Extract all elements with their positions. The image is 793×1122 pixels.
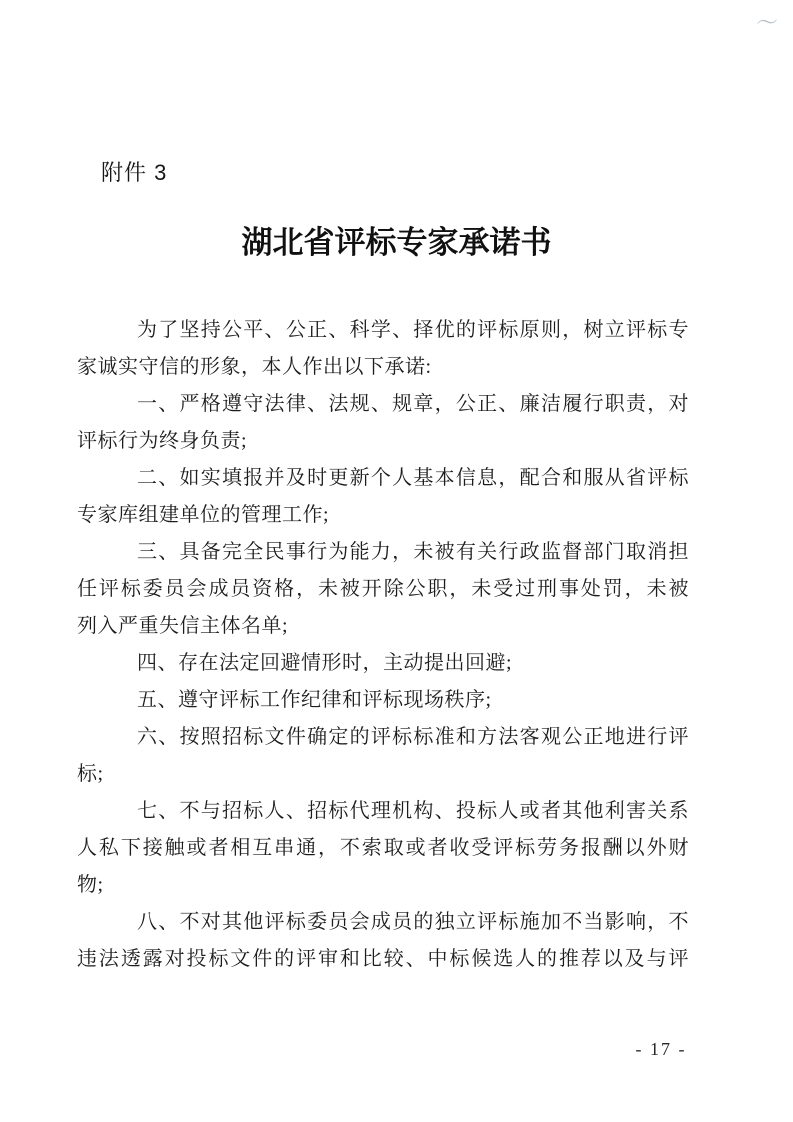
body-line: 列入严重失信主体名单; — [77, 608, 689, 645]
body-line: 任评标委员会成员资格，未被开除公职，未受过刑事处罚，未被 — [77, 571, 689, 608]
body-line: 七、不与招标人、招标代理机构、投标人或者其他利害关系 — [77, 793, 689, 830]
body-line: 八、不对其他评标委员会成员的独立评标施加不当影响，不 — [77, 904, 689, 941]
attachment-label: 附件 3 — [101, 158, 167, 188]
body-line: 四、存在法定回避情形时，主动提出回避; — [77, 645, 689, 682]
body-line: 为了坚持公平、公正、科学、择优的评标原则，树立评标专 — [77, 312, 689, 349]
body-line: 专家库组建单位的管理工作; — [77, 497, 689, 534]
body-line: 家诚实守信的形象，本人作出以下承诺: — [77, 349, 689, 386]
body-line: 五、遵守评标工作纪律和评标现场秩序; — [77, 682, 689, 719]
body-line: 违法透露对投标文件的评审和比较、中标候选人的推荐以及与评 — [77, 941, 689, 978]
document-body: 为了坚持公平、公正、科学、择优的评标原则，树立评标专家诚实守信的形象，本人作出以… — [77, 312, 689, 978]
page-number: - 17 - — [621, 1039, 701, 1060]
body-line: 标; — [77, 756, 689, 793]
body-line: 评标行为终身负责; — [77, 423, 689, 460]
body-line: 物; — [77, 867, 689, 904]
body-line: 六、按照招标文件确定的评标标准和方法客观公正地进行评 — [77, 719, 689, 756]
body-line: 二、如实填报并及时更新个人基本信息，配合和服从省评标 — [77, 460, 689, 497]
document-page: 〜 附件 3 湖北省评标专家承诺书 为了坚持公平、公正、科学、择优的评标原则，树… — [0, 0, 793, 1122]
body-line: 人私下接触或者相互串通，不索取或者收受评标劳务报酬以外财 — [77, 830, 689, 867]
body-line: 一、严格遵守法律、法规、规章，公正、廉洁履行职责，对 — [77, 386, 689, 423]
scan-artifact-icon: 〜 — [754, 5, 779, 38]
body-line: 三、具备完全民事行为能力，未被有关行政监督部门取消担 — [77, 534, 689, 571]
document-title: 湖北省评标专家承诺书 — [0, 224, 793, 262]
